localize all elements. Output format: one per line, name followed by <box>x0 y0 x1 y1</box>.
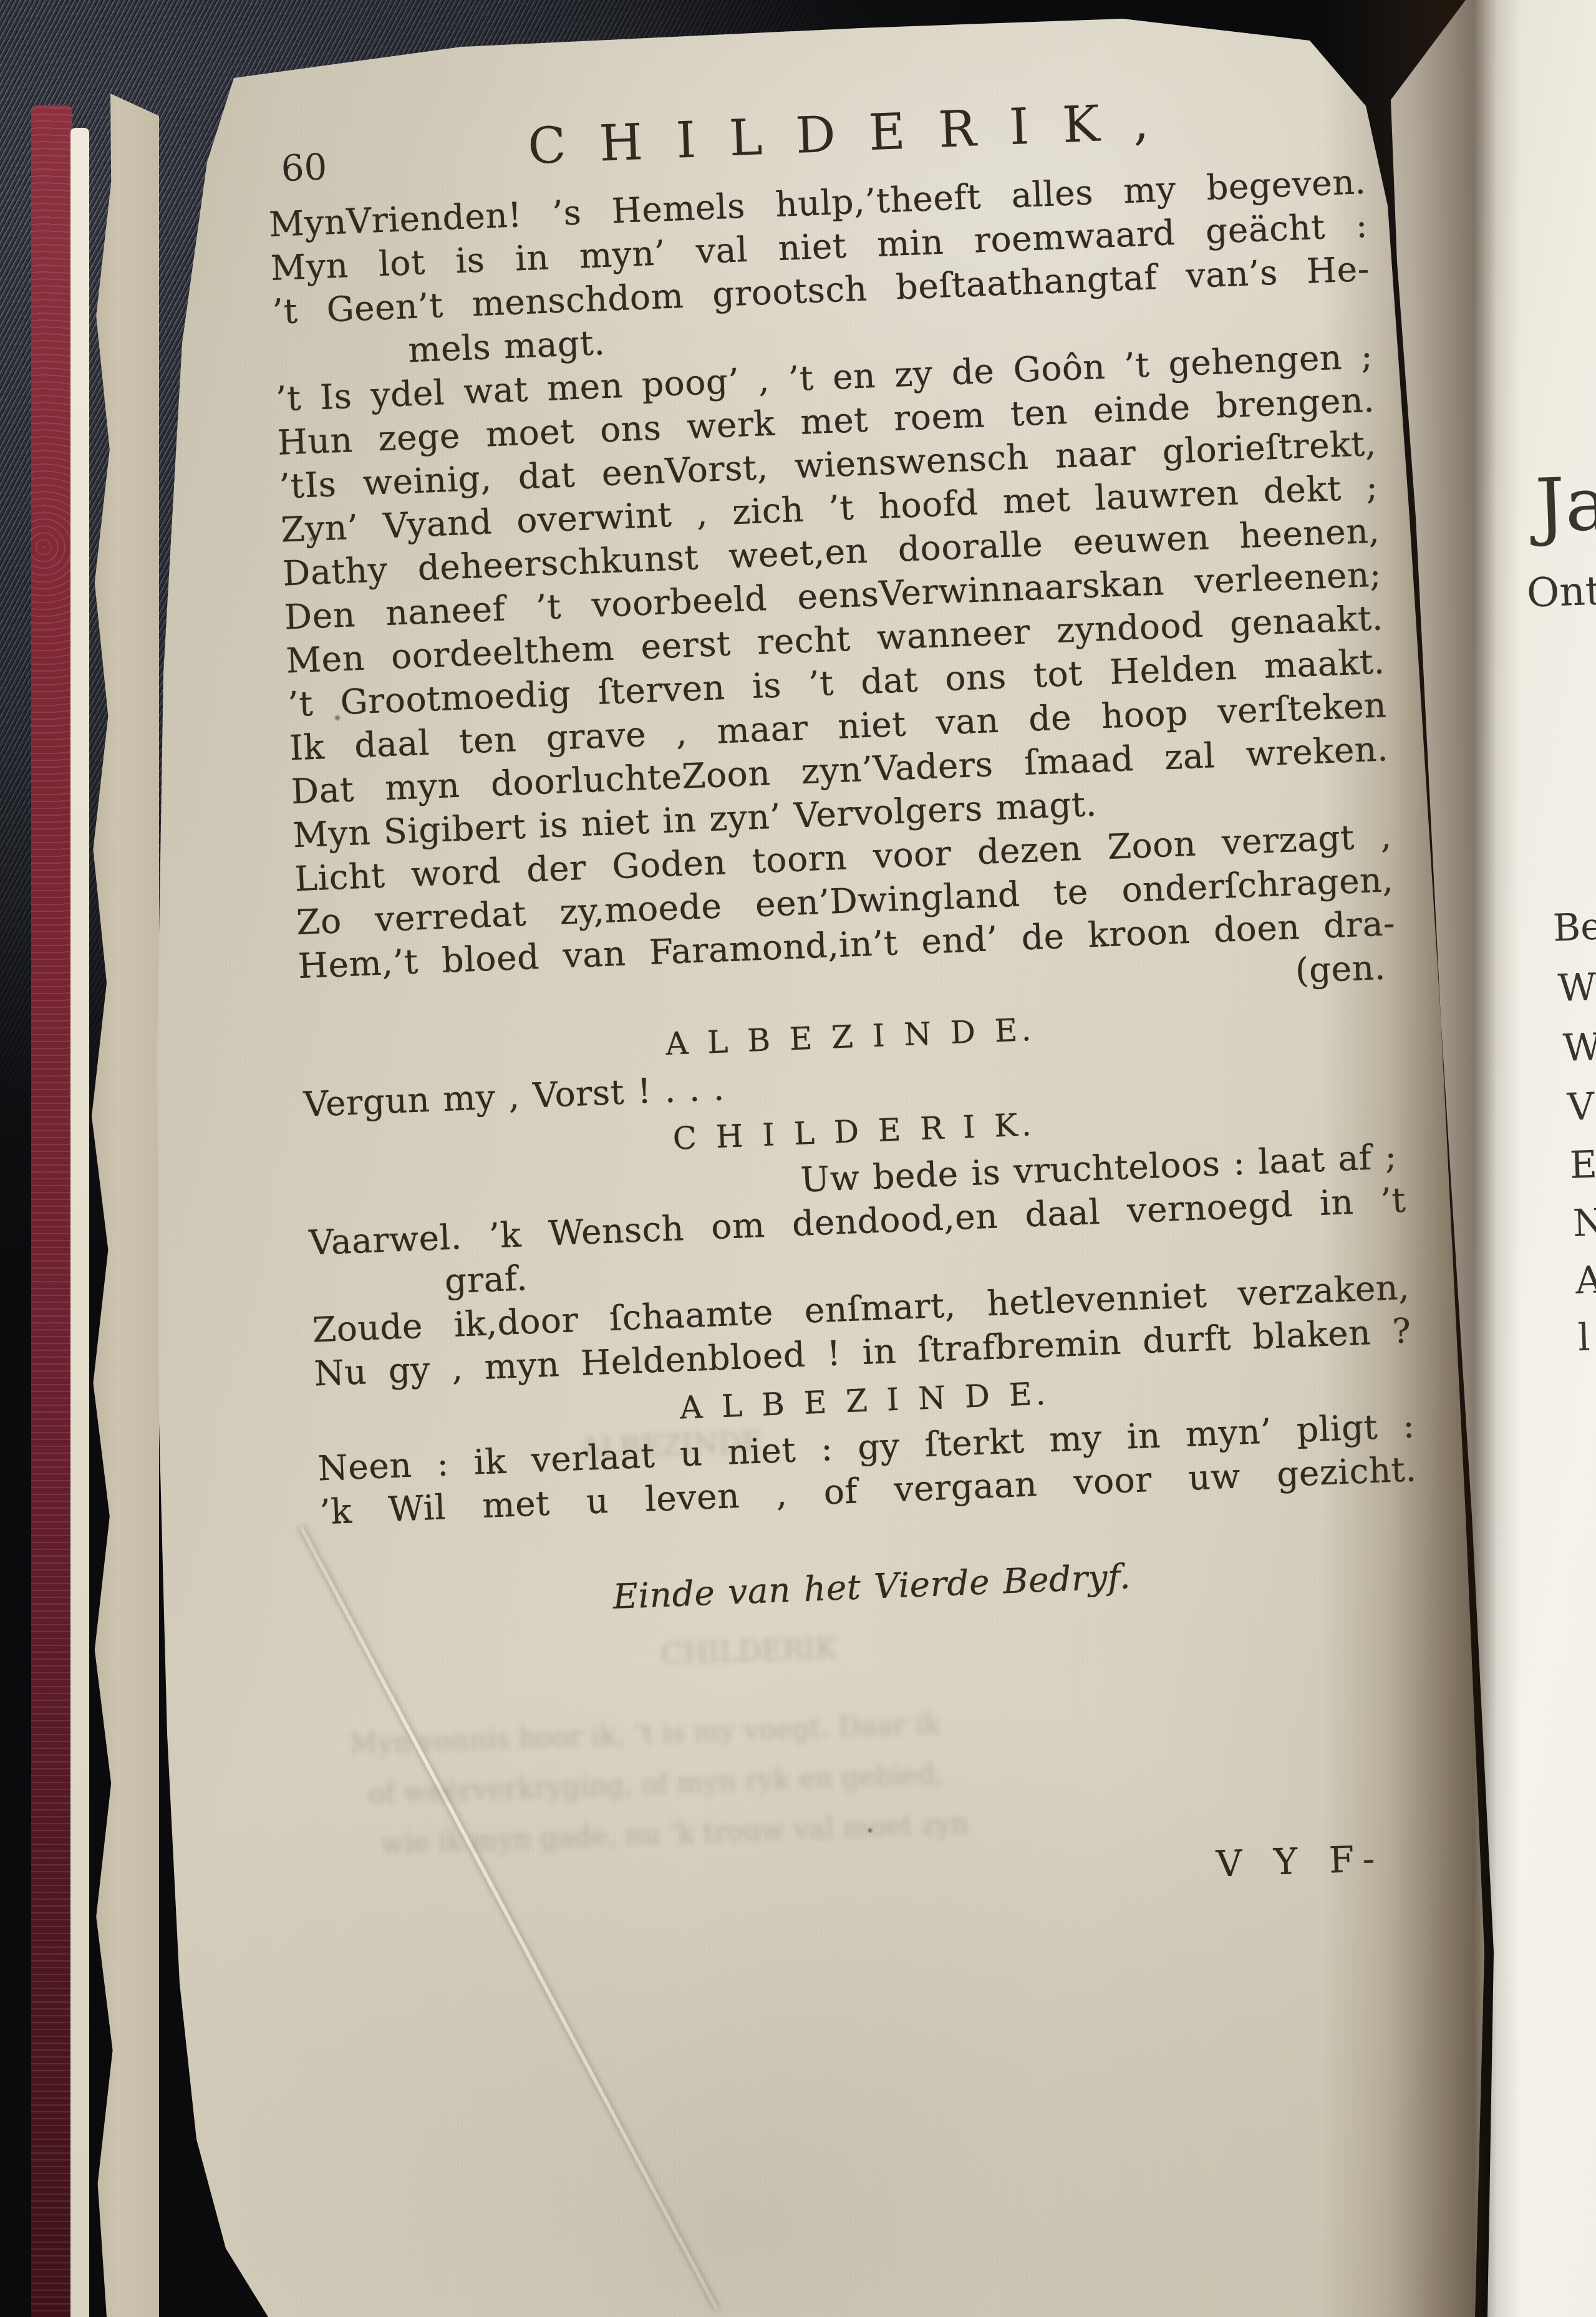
text-line: Einde van het Vierde Bedryf. <box>322 1543 1421 1630</box>
page-block-edge <box>70 128 89 2317</box>
facing-page-letter: V <box>1567 1085 1595 1129</box>
text-lines: MynVrienden! ’s Hemels hulp,’theeft alle… <box>268 160 1421 1630</box>
facing-page-letter: W <box>1562 1025 1596 1070</box>
bleed-through-line: of weérverkryging, of myn ryk en gebied, <box>367 1758 944 1810</box>
facing-page-letter: N <box>1572 1201 1596 1246</box>
book-page: ALBEZINDECHILDERIKMyn vonnis hoor ik, ’t… <box>62 19 1547 2317</box>
bleed-through-line: CHILDERIK <box>660 1631 837 1671</box>
book-photo-scene: JaOnthBeWWVENAl ALBEZINDECHILDERIKMyn vo… <box>0 0 1596 2317</box>
facing-page-letter: Be <box>1552 905 1596 951</box>
facing-page-letter: Ja <box>1534 460 1596 549</box>
facing-page-letter: Onth <box>1526 567 1596 617</box>
paper-crease <box>299 1526 718 2310</box>
facing-page-letter: l <box>1577 1316 1591 1360</box>
facing-page-letter: A <box>1575 1258 1596 1302</box>
book-cover-edge <box>31 105 72 2317</box>
page-number: 60 <box>280 145 327 190</box>
catchword: V Y F- <box>1216 1837 1386 1885</box>
facing-page-letter: E <box>1569 1143 1596 1187</box>
facing-page-letter: W <box>1557 965 1596 1010</box>
bleed-through-line: Myn vonnis hoor ik, ’t is my voegt. Daar… <box>349 1708 941 1760</box>
bleed-through-line: wie ik myn gade, nu ’k trouw val moet zy… <box>380 1808 969 1860</box>
